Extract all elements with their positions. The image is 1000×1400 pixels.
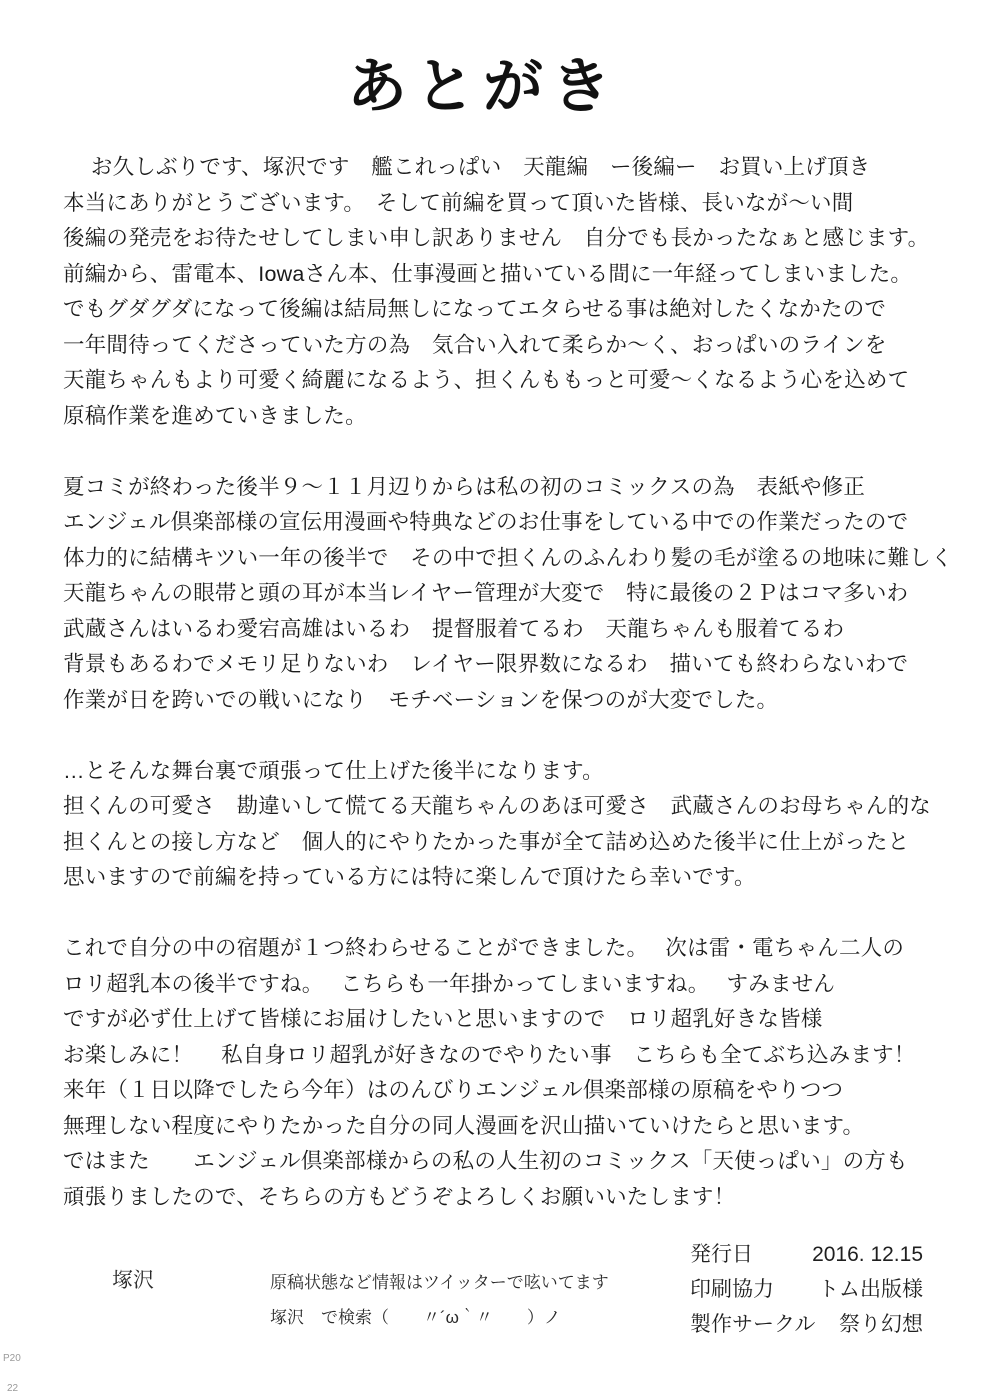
body-line: 天龍ちゃんもより可愛く綺麗になるよう、担くんももっと可愛～くなるよう心を込めて — [63, 363, 948, 399]
publication-row: 製作サークル 祭り幻想 — [690, 1307, 923, 1342]
page-mark: 22 — [7, 1383, 18, 1394]
body-line: 思いますので前編を持っている方には特に楽しんで頂けたら幸いです。 — [63, 860, 948, 896]
publication-label: 製作サークル — [690, 1307, 815, 1342]
publication-info: 発行日 2016. 12.15 印刷協力 トム出版様 製作サークル 祭り幻想 — [690, 1237, 923, 1342]
page-mark: P20 — [3, 1353, 21, 1364]
body-line: …とそんな舞台裏で頑張って仕上げた後半になります。 — [63, 754, 948, 790]
body-line: 担くんとの接し方など 個人的にやりたかった事が全て詰め込めた後半に仕上がったと — [63, 825, 948, 861]
body-line: 作業が日を跨いでの戦いになり モチベーションを保つのが大変でした。 — [63, 683, 948, 719]
afterword-page: あとがき お久しぶりです、塚沢です 艦これっぱい 天龍編 ー後編ー お買い上げ頂… — [0, 0, 1000, 1400]
body-line: エンジェル倶楽部様の宣伝用漫画や特典などのお仕事をしている中での作業だったので — [63, 505, 948, 541]
paragraph-1: お久しぶりです、塚沢です 艦これっぱい 天龍編 ー後編ー お買い上げ頂き 本当に… — [63, 150, 948, 434]
publication-row: 印刷協力 トム出版様 — [690, 1272, 923, 1307]
paragraph-4: これで自分の中の宿題が１つ終わらせることができました。 次は雷・電ちゃん二人の … — [63, 931, 948, 1215]
body-line: 武蔵さんはいるわ愛宕高雄はいるわ 提督服着てるわ 天龍ちゃんも服着てるわ — [63, 612, 948, 648]
paragraph-3: …とそんな舞台裏で頑張って仕上げた後半になります。 担くんの可愛さ 勘違いして慌… — [63, 754, 948, 896]
publication-value: トム出版様 — [818, 1272, 923, 1307]
body-line: ですが必ず仕上げて皆様にお届けしたいと思いますので ロリ超乳好きな皆様 — [63, 1002, 948, 1038]
body-line: 体力的に結構キツい一年の後半で その中で担くんのふんわり髪の毛が塗るの地味に難し… — [63, 541, 948, 577]
twitter-note: 原稿状態など情報はツイッターで呟いてます 塚沢 で検索（ 〃´ω｀〃 ）ノ — [270, 1270, 609, 1332]
body-line: 天龍ちゃんの眼帯と頭の耳が本当レイヤー管理が大変で 特に最後の２Ｐはコマ多いわ — [63, 576, 948, 612]
body-line: 頑張りましたので、そちらの方もどうぞよろしくお願いいたします！ — [63, 1180, 948, 1216]
body-line: 本当にありがとうございます。 そして前編を買って頂いた皆様、長いなが～い間 — [63, 186, 948, 222]
body-line: 前編から、雷電本、Iowaさん本、仕事漫画と描いている間に一年経ってしまいました… — [63, 257, 948, 293]
page-title: あとがき — [0, 50, 966, 125]
body-line: 来年（１日以降でしたら今年）はのんびりエンジェル倶楽部様の原稿をやりつつ — [63, 1073, 948, 1109]
publication-label: 印刷協力 — [690, 1272, 774, 1307]
body-line: 背景もあるわでメモリ足りないわ レイヤー限界数になるわ 描いても終わらないわで — [63, 647, 948, 683]
publication-value: 2016. 12.15 — [812, 1237, 923, 1272]
body-line: これで自分の中の宿題が１つ終わらせることができました。 次は雷・電ちゃん二人の — [63, 931, 948, 967]
body-line: お久しぶりです、塚沢です 艦これっぱい 天龍編 ー後編ー お買い上げ頂き — [63, 150, 948, 186]
twitter-note-line1: 原稿状態など情報はツイッターで呟いてます — [270, 1270, 609, 1296]
body-line: お楽しみに！ 私自身ロリ超乳が好きなのでやりたい事 こちらも全てぶち込みます！ — [63, 1038, 948, 1074]
body-line: でもグダグダになって後編は結局無しになってエタらせる事は絶対したくなかたので — [63, 292, 948, 328]
paragraph-2: 夏コミが終わった後半９～１１月辺りからは私の初のコミックスの為 表紙や修正 エン… — [63, 470, 948, 719]
afterword-body: お久しぶりです、塚沢です 艦これっぱい 天龍編 ー後編ー お買い上げ頂き 本当に… — [63, 150, 948, 1251]
author-name: 塚沢 — [112, 1264, 154, 1294]
publication-label: 発行日 — [690, 1237, 753, 1272]
body-line: 夏コミが終わった後半９～１１月辺りからは私の初のコミックスの為 表紙や修正 — [63, 470, 948, 506]
body-line: ロリ超乳本の後半ですね。 こちらも一年掛かってしまいますね。 すみません — [63, 967, 948, 1003]
publication-value: 祭り幻想 — [839, 1307, 923, 1342]
body-line: 原稿作業を進めていきました。 — [63, 399, 948, 435]
body-line: ではまた エンジェル倶楽部様からの私の人生初のコミックス「天使っぱい」の方も — [63, 1144, 948, 1180]
body-line: 後編の発売をお待たせしてしまい申し訳ありません 自分でも長かったなぁと感じます。 — [63, 221, 948, 257]
publication-row: 発行日 2016. 12.15 — [690, 1237, 923, 1272]
body-line: 一年間待ってくださっていた方の為 気合い入れて柔らか～く、おっぱいのラインを — [63, 328, 948, 364]
twitter-note-line2: 塚沢 で検索（ 〃´ω｀〃 ）ノ — [270, 1305, 609, 1331]
body-line: 無理しない程度にやりたかった自分の同人漫画を沢山描いていけたらと思います。 — [63, 1109, 948, 1145]
body-line: 担くんの可愛さ 勘違いして慌てる天龍ちゃんのあほ可愛さ 武蔵さんのお母ちゃん的な — [63, 789, 948, 825]
